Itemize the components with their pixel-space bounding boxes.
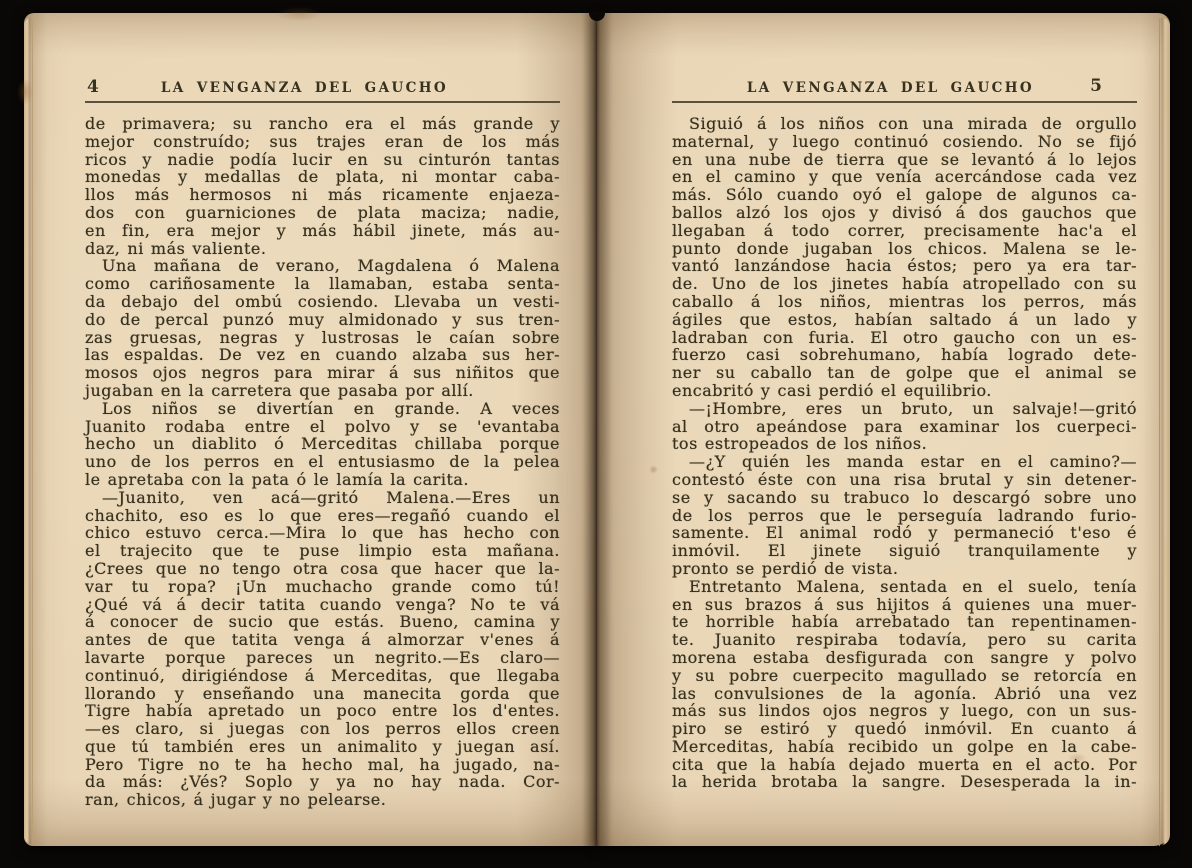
right-running-title: LA VENGANZA DEL GAUCHO (658, 80, 1123, 96)
text-line: Los niños se divertían en grande. A vece… (85, 400, 560, 418)
right-page-header: LA VENGANZA DEL GAUCHO 5 (672, 77, 1137, 97)
text-line: llegaban á todo correr, precisamente hac… (672, 222, 1137, 240)
text-line: pronto se perdió de vista. (672, 560, 1137, 578)
left-page-header: 4 LA VENGANZA DEL GAUCHO (85, 77, 560, 97)
right-page-number: 5 (1090, 76, 1103, 96)
text-line: maternal, y luego continuó cosiendo. No … (672, 133, 1137, 151)
text-line: hecho un diablito ó Merceditas chillaba … (85, 435, 560, 453)
left-page-text: de primavera; su rancho era el más grand… (85, 115, 560, 809)
text-line: se y sacando su trabuco lo descargó sobr… (672, 489, 1137, 507)
text-line: morena estaba desfigurada con sangre y p… (672, 649, 1137, 667)
text-line: las convulsiones de la agonía. Abrió una… (672, 685, 1137, 703)
text-line: de primavera; su rancho era el más grand… (85, 115, 560, 133)
text-line: punto donde jugaban los chicos. Malena s… (672, 240, 1137, 258)
text-line: encabritó y casi perdió el equilibrio. (672, 382, 1137, 400)
paper-stain (649, 465, 658, 474)
text-line: como cariñosamente la llamaban, estaba s… (85, 275, 560, 293)
text-line: y su pobre cuerpecito magullado se retor… (672, 667, 1137, 685)
text-line: Entretanto Malena, sentada en el suelo, … (672, 578, 1137, 596)
text-line: mosos ojos negros para mirar á sus niñit… (85, 364, 560, 382)
text-line: ran, chicos, á jugar y no pelearse. (85, 791, 560, 809)
text-line: Pero Tigre no te ha hecho mal, ha jugado… (85, 756, 560, 774)
text-line: —es claro, si juegas con los perros ello… (85, 720, 560, 738)
text-line: contestó éste con una risa brutal y sin … (672, 471, 1137, 489)
text-line: —¿Y quién les manda estar en el camino?— (672, 453, 1137, 471)
text-line: te horrible había arrebatado tan repenti… (672, 613, 1137, 631)
text-line: más. Sólo cuando oyó el galope de alguno… (672, 186, 1137, 204)
text-line: el trajecito que te puse limpio esta mañ… (85, 542, 560, 560)
text-line: ricos y nadie podía lucir en su cinturón… (85, 151, 560, 169)
text-line: vantó lanzándose hacia éstos; pero ya er… (672, 257, 1137, 275)
text-line: le apretaba con la pata ó le lamía la ca… (85, 471, 560, 489)
text-line: caballo á los niños, mientras los perros… (672, 293, 1137, 311)
text-line: dos con guarniciones de plata maciza; na… (85, 204, 560, 222)
text-line: da debajo del ombú cosiendo. Llevaba un … (85, 293, 560, 311)
text-line: samente. El animal rodó y permaneció t'e… (672, 524, 1137, 542)
text-line: antes de que tatita venga á almorzar v'e… (85, 631, 560, 649)
text-line: chico estuvo cerca.—Mira lo que has hech… (85, 524, 560, 542)
paper-stain (276, 7, 322, 21)
right-header-rule (672, 101, 1137, 103)
text-line: zas gruesas, negras y lustrosas le caían… (85, 329, 560, 347)
text-line: Una mañana de verano, Magdalena ó Malena (85, 257, 560, 275)
text-line: ¿Qué vá á decir tatita cuando venga? No … (85, 596, 560, 614)
text-line: Tigre había apretado un poco entre los d… (85, 702, 560, 720)
text-line: chachito, eso es lo que eres—regañó cuan… (85, 507, 560, 525)
text-line: Merceditas, había recibido un golpe en l… (672, 738, 1137, 756)
text-line: —¡Hombre, eres un bruto, un salvaje!—gri… (672, 400, 1137, 418)
text-line: de los perros que le perseguía ladrando … (672, 507, 1137, 525)
text-line: —Juanito, ven acá—gritó Malena.—Eres un (85, 489, 560, 507)
text-line: mejor construído; sus trajes eran de los… (85, 133, 560, 151)
text-line: ágiles que estos, habían saltado á un la… (672, 311, 1137, 329)
text-line: de. Uno de los jinetes había atropellado… (672, 275, 1137, 293)
right-page-text: Siguió á los niños con una mirada de org… (672, 115, 1137, 791)
text-line: continuó, dirigiéndose á Merceditas, que… (85, 667, 560, 685)
text-line: daz, ni más valiente. (85, 240, 560, 258)
text-line: piro se estiró y quedó inmóvil. En cuant… (672, 720, 1137, 738)
text-line: jugaban en la carretera que pasaba por a… (85, 382, 560, 400)
text-line: lavarte porque pareces un negrito.—Es cl… (85, 649, 560, 667)
text-line: tos estropeados de los niños. (672, 435, 1137, 453)
book-photo: 4 LA VENGANZA DEL GAUCHO de primavera; s… (0, 0, 1192, 868)
text-line: fuerzo casi sobrehumano, había logrado d… (672, 346, 1137, 364)
text-line: Juanito rodaba entre el polvo y se 'evan… (85, 418, 560, 436)
text-line: al otro apeándose para examinar los cuer… (672, 418, 1137, 436)
text-line: ner su caballo tan de golpe que el anima… (672, 364, 1137, 382)
text-line: var tu ropa? ¡Un muchacho grande como tú… (85, 578, 560, 596)
left-running-title: LA VENGANZA DEL GAUCHO (67, 80, 542, 96)
text-line: Siguió á los niños con una mirada de org… (672, 115, 1137, 133)
text-line: llos más hermosos ni más ricamente enjae… (85, 186, 560, 204)
text-line: en una nube de tierra que se levantó á l… (672, 151, 1137, 169)
left-page: 4 LA VENGANZA DEL GAUCHO de primavera; s… (24, 13, 597, 846)
book-gutter-fold (583, 13, 611, 846)
text-line: en sus brazos á sus hijitos á quienes un… (672, 596, 1137, 614)
text-line: te. Juanito respiraba todavía, pero su c… (672, 631, 1137, 649)
text-line: monedas y medallas de plata, ni montar c… (85, 168, 560, 186)
paper-stain (17, 79, 33, 105)
text-line: las espaldas. De vez en cuando alzaba su… (85, 346, 560, 364)
left-header-rule (85, 101, 560, 103)
text-line: ladraban con furia. El otro gaucho con u… (672, 329, 1137, 347)
text-line: ballos alzó los ojos y divisó á dos gauc… (672, 204, 1137, 222)
text-line: da más: ¿Vés? Soplo y ya no hay nada. Co… (85, 773, 560, 791)
text-line: cita que la había dejado muerta en el ac… (672, 756, 1137, 774)
text-line: uno de los perros en el entusiasmo de la… (85, 453, 560, 471)
text-line: á conocer de sucio que estás. Bueno, cam… (85, 613, 560, 631)
text-line: inmóvil. El jinete siguió tranquilamente… (672, 542, 1137, 560)
text-line: en el camino y que venía acercándose cad… (672, 168, 1137, 186)
text-line: más sus lindos ojos negros y luego, con … (672, 702, 1137, 720)
text-line: la herida brotaba la sangre. Desesperada… (672, 773, 1137, 791)
text-line: ¿Crees que no tengo otra cosa que hacer … (85, 560, 560, 578)
text-line: en fin, era mejor y más hábil jinete, má… (85, 222, 560, 240)
text-line: que tú también eres un animalito y juega… (85, 738, 560, 756)
text-line: llorando y enseñando una manecita gorda … (85, 685, 560, 703)
text-line: do de percal punzó muy almidonado y sus … (85, 311, 560, 329)
right-page: LA VENGANZA DEL GAUCHO 5 Siguió á los ni… (597, 13, 1170, 846)
